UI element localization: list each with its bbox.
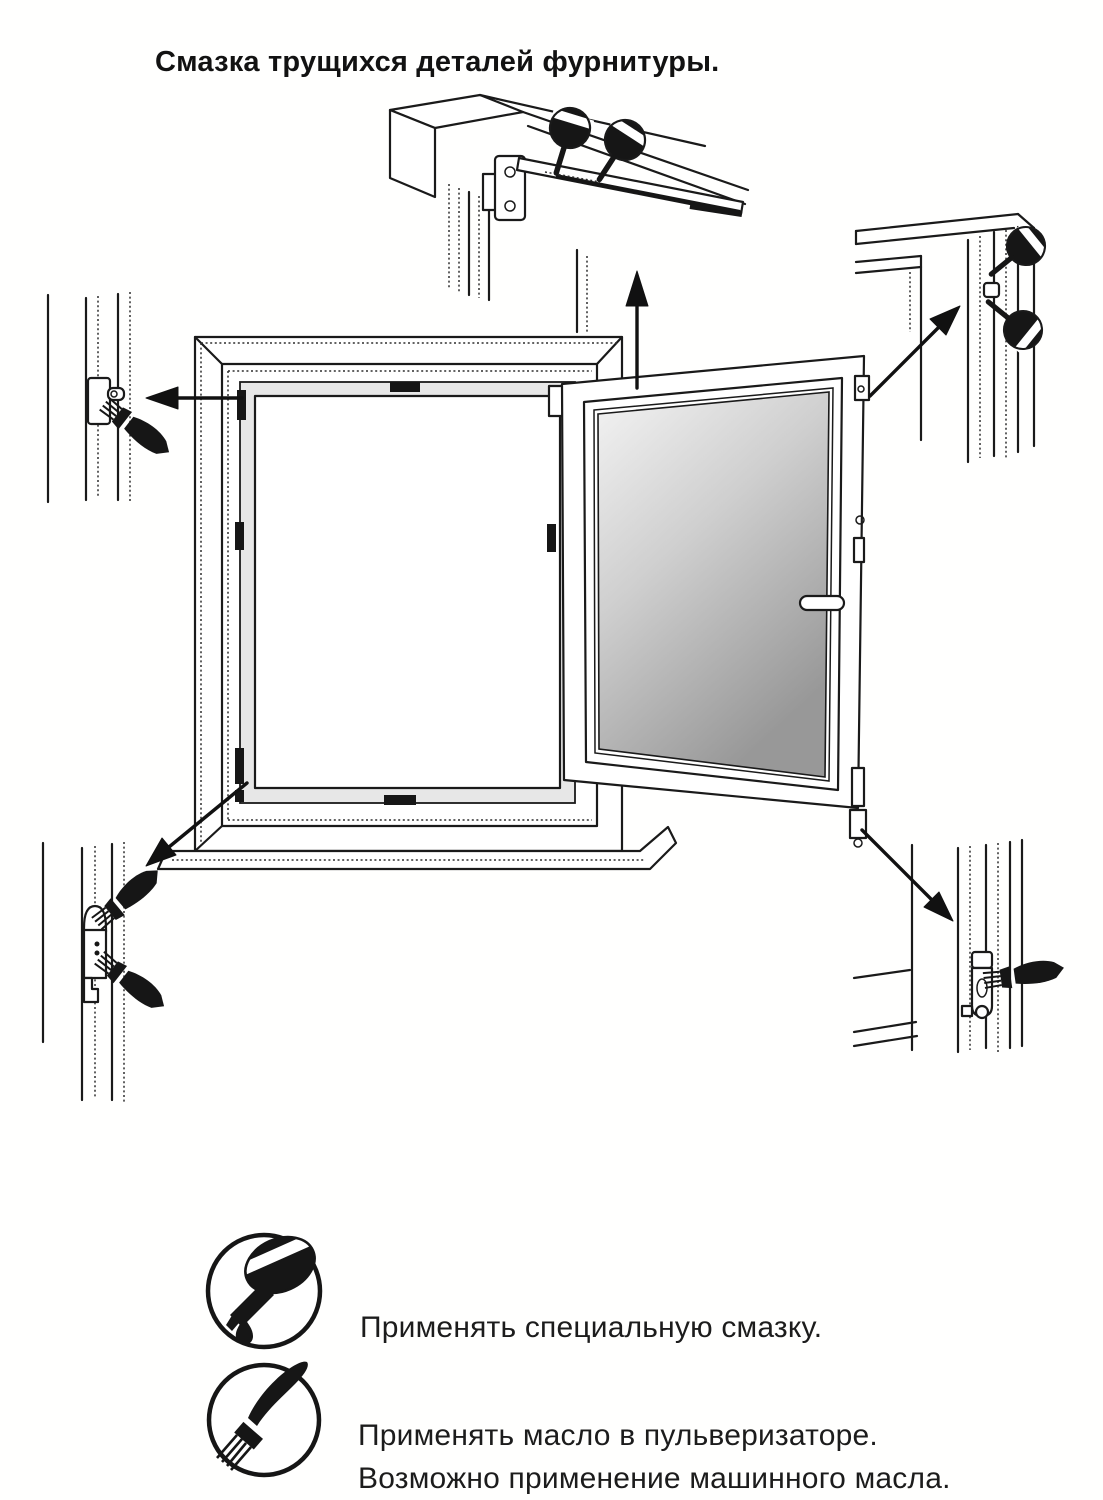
detail-top-right-hinge [856,214,1053,462]
legend-caption-line: Применять масло в пульверизаторе. [358,1414,951,1457]
detail-bottom-left-lock [43,842,170,1102]
legend-caption-line: Применять специальную смазку. [360,1311,822,1344]
legend-caption-line: Возможно применение машинного масла. [358,1457,951,1500]
frame-opening [255,396,560,788]
window-handle [800,596,844,610]
brush-applicator-icon [92,948,170,1016]
legend-caption-spray-oil: Применять масло в пульверизаторе. Возмож… [358,1414,951,1500]
oil-applicator-icon [979,219,1054,290]
striker-plate [88,378,110,424]
oil-dropper-icon [208,1226,325,1347]
page-title: Смазка трущихся деталей фурнитуры. [155,46,719,79]
detail-bottom-right-hinge [854,840,1066,1052]
legend-caption-special-grease: Применять специальную смазку. [360,1306,822,1349]
brush-applicator-icon [982,958,1065,992]
glass-pane [598,392,829,777]
pivot-pin [984,283,999,297]
manual-page: Смазка трущихся деталей фурнитуры. Приме… [0,0,1103,1500]
arrow-up [626,271,648,388]
window-lubrication-illustration [0,0,1103,1500]
arrow-top-right [870,306,960,396]
open-sash [562,356,869,847]
arrow-bottom-right [862,830,953,921]
paint-brush-icon [209,1362,319,1475]
legend-icons [208,1226,325,1475]
detail-top-stay-hinge [390,95,748,334]
